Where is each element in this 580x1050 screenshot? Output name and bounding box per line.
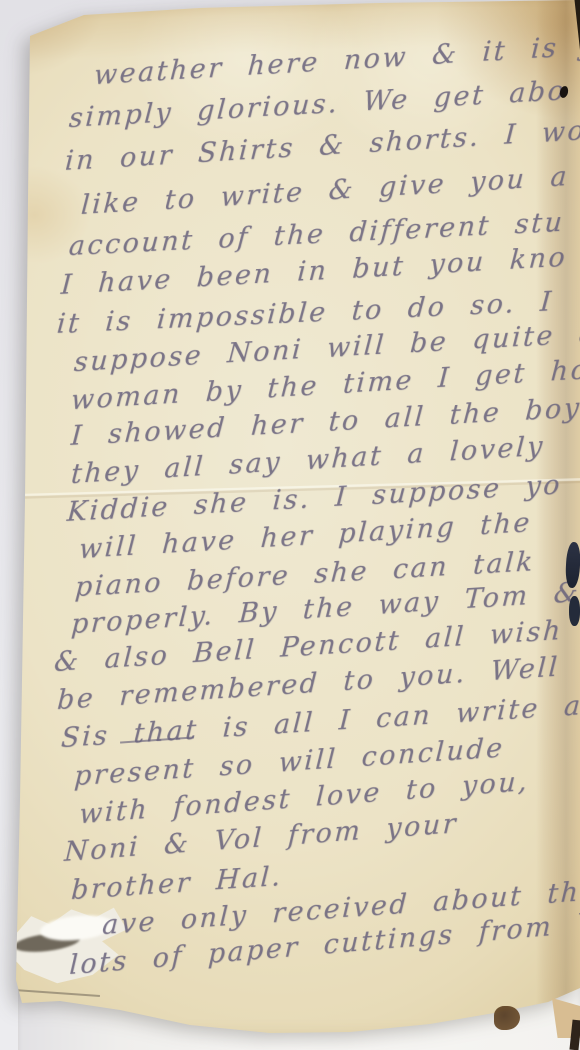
- pencil-rule-mark: [14, 989, 100, 997]
- photo-backdrop: weather here now & it is jus simply glor…: [0, 0, 580, 1050]
- letter-page: weather here now & it is jus simply glor…: [0, 0, 580, 1050]
- binding-ink-blot: [569, 596, 580, 626]
- letter-page-wrapper: weather here now & it is jus simply glor…: [0, 0, 580, 1050]
- binding-sliver-bottom: [569, 1020, 580, 1050]
